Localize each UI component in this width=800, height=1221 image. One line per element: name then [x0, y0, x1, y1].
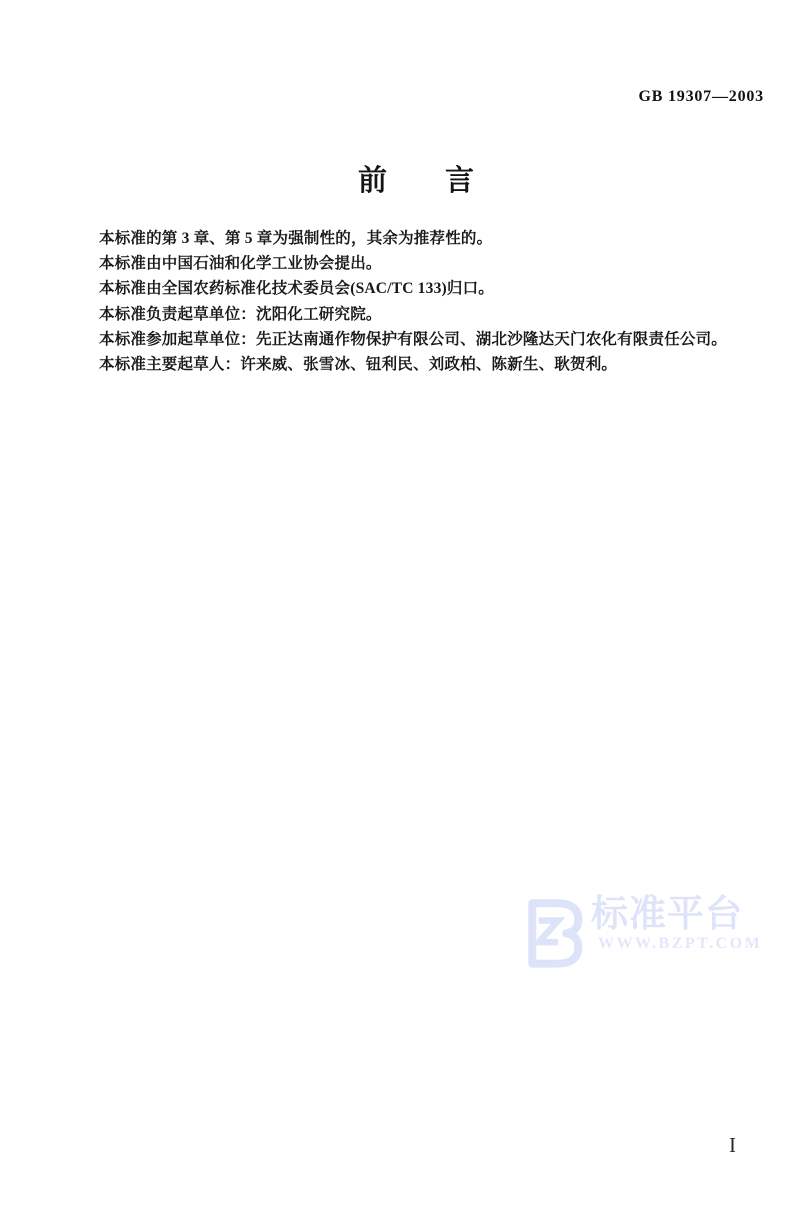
- foreword-paragraph: 本标准由中国石油和化学工业协会提出。: [99, 251, 759, 276]
- foreword-paragraph: 本标准主要起草人：许来威、张雪冰、钮利民、刘政柏、陈新生、耿贺利。: [99, 352, 759, 377]
- watermark-text: 标准平台 WWW.BZPT.COM: [591, 894, 762, 952]
- document-number: GB 19307—2003: [638, 88, 764, 106]
- page-title: 前 言: [0, 158, 800, 199]
- foreword-body: 本标准的第 3 章、第 5 章为强制性的，其余为推荐性的。 本标准由中国石油和化…: [99, 226, 759, 377]
- foreword-paragraph: 本标准由全国农药标准化技术委员会(SAC/TC 133)归口。: [99, 276, 759, 301]
- watermark: 标准平台 WWW.BZPT.COM: [515, 884, 762, 968]
- scanned-standard-page: { "header": { "doc_number": "GB 19307—20…: [0, 0, 800, 1221]
- watermark-site-url: WWW.BZPT.COM: [598, 936, 762, 952]
- foreword-paragraph: 本标准负责起草单位：沈阳化工研究院。: [99, 302, 759, 327]
- page-number: I: [729, 1133, 736, 1158]
- foreword-paragraph: 本标准参加起草单位：先正达南通作物保护有限公司、湖北沙隆达天门农化有限责任公司。: [99, 327, 759, 352]
- watermark-site-name: 标准平台: [591, 894, 762, 934]
- bz-logo-icon: [515, 896, 587, 968]
- foreword-paragraph: 本标准的第 3 章、第 5 章为强制性的，其余为推荐性的。: [99, 226, 759, 251]
